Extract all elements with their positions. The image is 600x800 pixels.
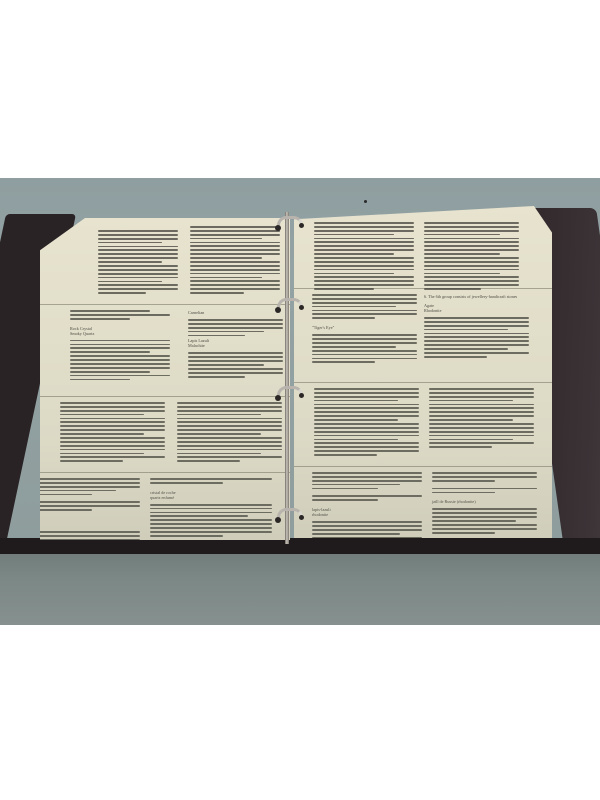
text-line	[40, 539, 140, 540]
text-line	[190, 265, 280, 267]
text-line	[188, 323, 283, 325]
text-line	[424, 325, 529, 327]
text-line	[312, 533, 400, 535]
text-line	[188, 319, 283, 321]
text-line	[424, 284, 519, 286]
text-line	[70, 347, 170, 349]
text-line	[190, 257, 262, 259]
text-line	[429, 435, 534, 437]
text-line	[312, 294, 417, 296]
text-line	[40, 494, 92, 496]
text-line	[432, 520, 516, 522]
text-line	[429, 388, 534, 390]
text-line	[424, 329, 508, 331]
text-line	[190, 230, 280, 232]
text-line	[190, 226, 280, 228]
text-line	[312, 313, 417, 315]
text-line	[424, 356, 487, 358]
text-line	[432, 472, 537, 474]
text-line	[314, 404, 419, 406]
right-page: "Tiger's Eye" 6. The 6th group consists …	[294, 206, 552, 538]
text-line	[314, 392, 419, 394]
text-line	[60, 410, 165, 412]
text-line	[312, 476, 422, 478]
text-line	[60, 414, 144, 416]
text-line	[40, 531, 140, 533]
text-line	[98, 265, 178, 267]
text-line	[177, 433, 261, 435]
text-line	[314, 253, 394, 255]
right-strip1-col1	[314, 222, 414, 292]
text-line	[312, 537, 422, 538]
text-line	[60, 441, 165, 443]
frag: Carnelian	[188, 310, 283, 315]
text-line	[432, 512, 537, 514]
text-line	[312, 342, 417, 344]
text-line	[40, 486, 140, 488]
frag: quartz enfumé	[150, 495, 272, 500]
left-strip-french: malachite jaspe groupe: pierres à taille…	[40, 472, 290, 540]
text-line	[424, 280, 519, 282]
text-line	[60, 421, 165, 423]
frag: jaspe	[40, 522, 140, 527]
text-line	[40, 509, 92, 511]
text-line	[70, 355, 170, 357]
text-line	[70, 344, 170, 346]
text-line	[312, 472, 422, 474]
text-line	[150, 482, 223, 484]
text-line	[70, 371, 150, 373]
left-strip2-col1: Rock Crystal Smoky Quartz	[70, 310, 170, 382]
text-line	[98, 249, 178, 251]
left-strip-russian	[40, 218, 290, 305]
text-line	[314, 276, 414, 278]
text-line	[424, 344, 529, 346]
text-line	[188, 364, 264, 366]
wall-spot	[364, 200, 367, 203]
text-line	[432, 508, 537, 510]
text-line	[429, 423, 534, 425]
text-line	[70, 340, 170, 342]
text-line	[314, 419, 398, 421]
text-line	[190, 242, 280, 244]
text-line	[312, 488, 378, 490]
text-line	[312, 480, 422, 482]
text-line	[314, 222, 414, 224]
right-strip-russian	[294, 206, 552, 289]
text-line	[424, 234, 500, 236]
text-line	[177, 425, 282, 427]
binder-photo: Rock Crystal Smoky Quartz Carnelian Lapi…	[0, 178, 600, 625]
text-line	[424, 265, 519, 267]
text-line	[314, 454, 377, 456]
text-line	[312, 529, 422, 531]
text-line	[177, 414, 261, 416]
text-line	[190, 253, 280, 255]
text-line	[150, 527, 272, 529]
text-line	[40, 490, 116, 492]
text-line	[314, 396, 419, 398]
text-line	[177, 429, 282, 431]
text-line	[70, 359, 170, 361]
text-line	[432, 476, 537, 478]
text-line	[190, 277, 262, 279]
left-strip2-col2: Carnelian Lapis Lazuli Malachite	[188, 310, 283, 380]
text-line	[424, 340, 529, 342]
text-line	[98, 261, 162, 263]
text-line	[314, 265, 414, 267]
text-line	[424, 321, 529, 323]
text-line	[188, 376, 245, 378]
text-line	[424, 352, 529, 354]
text-line	[312, 310, 417, 312]
text-line	[190, 284, 280, 286]
right-strip3-col2	[429, 388, 534, 450]
text-line	[60, 429, 165, 431]
left-page: Rock Crystal Smoky Quartz Carnelian Lapi…	[40, 218, 290, 540]
text-line	[70, 379, 130, 381]
text-line	[312, 346, 396, 348]
text-line	[190, 280, 280, 282]
text-line	[98, 257, 178, 259]
binder-ring-3	[277, 386, 303, 398]
text-line	[40, 535, 140, 537]
text-line	[98, 284, 178, 286]
text-line	[177, 421, 282, 423]
frag: rhodonite	[312, 512, 422, 517]
text-line	[429, 446, 492, 448]
text-line	[429, 439, 513, 441]
text-line	[177, 453, 261, 455]
right-strip3-col1	[314, 388, 419, 458]
text-line	[188, 356, 283, 358]
text-line	[188, 360, 283, 362]
binder-ring-1	[277, 216, 303, 228]
text-line	[432, 528, 537, 530]
text-line	[60, 402, 165, 404]
text-line	[177, 445, 282, 447]
text-line	[98, 273, 178, 275]
text-line	[312, 358, 417, 360]
text-line	[424, 257, 519, 259]
text-line	[314, 415, 419, 417]
text-line	[188, 368, 283, 370]
text-line	[188, 352, 283, 354]
text-line	[424, 276, 519, 278]
text-line	[424, 245, 519, 247]
text-line	[150, 519, 272, 521]
text-line	[424, 253, 500, 255]
text-line	[314, 273, 394, 275]
text-line	[190, 238, 262, 240]
right-strip-english: "Tiger's Eye" 6. The 6th group consists …	[294, 288, 552, 383]
text-line	[177, 418, 282, 420]
text-line	[70, 363, 170, 365]
left-strip1-col2	[190, 226, 280, 296]
text-line	[190, 273, 280, 275]
text-line	[432, 516, 537, 518]
text-line	[177, 456, 282, 458]
text-line	[424, 336, 529, 338]
text-line	[60, 406, 165, 408]
binder-ring-4	[277, 508, 303, 520]
text-line	[424, 348, 508, 350]
text-line	[432, 492, 495, 494]
frag: Smoky Quartz	[70, 331, 170, 336]
text-line	[432, 532, 495, 534]
text-line	[98, 277, 178, 279]
text-line	[70, 375, 170, 377]
text-line	[432, 480, 495, 482]
text-line	[312, 334, 417, 336]
text-line	[98, 234, 178, 236]
text-line	[177, 437, 282, 439]
text-line	[314, 407, 419, 409]
frag: "Tiger's Eye"	[312, 325, 417, 330]
text-line	[424, 238, 519, 240]
text-line	[70, 367, 170, 369]
left-strip4-col1: malachite jaspe groupe: pierres à taille…	[40, 478, 140, 540]
text-line	[314, 241, 414, 243]
text-line	[312, 298, 417, 300]
text-line	[188, 335, 245, 337]
binder-cover-bottom-edge	[0, 538, 600, 554]
frag: 6. The 6th group consists of jewellery-h…	[424, 294, 529, 299]
text-line	[314, 442, 419, 444]
text-line	[314, 431, 419, 433]
text-line	[60, 453, 144, 455]
text-line	[314, 280, 414, 282]
left-strip-english: Rock Crystal Smoky Quartz Carnelian Lapi…	[40, 304, 290, 397]
left-strip3-col1	[60, 402, 165, 464]
text-line	[429, 396, 534, 398]
text-line	[429, 400, 513, 402]
text-line	[60, 433, 144, 435]
text-line	[60, 445, 165, 447]
text-line	[314, 435, 419, 437]
text-line	[188, 331, 264, 333]
text-line	[424, 269, 519, 271]
text-line	[424, 222, 519, 224]
text-line	[177, 460, 240, 462]
text-line	[429, 431, 534, 433]
text-line	[60, 418, 165, 420]
text-line	[429, 415, 534, 417]
text-line	[40, 505, 140, 507]
text-line	[312, 484, 400, 486]
binder-spine-rod	[285, 212, 289, 544]
text-line	[190, 288, 280, 290]
right-strip4-col1: lapis-lazuli rhodonite	[312, 472, 422, 538]
text-line	[314, 230, 414, 232]
text-line	[150, 531, 272, 533]
left-strip3-col2	[177, 402, 282, 464]
text-line	[98, 281, 162, 283]
text-line	[312, 302, 417, 304]
text-line	[314, 427, 419, 429]
text-line	[98, 230, 178, 232]
text-line	[429, 442, 534, 444]
text-line	[98, 242, 162, 244]
text-line	[177, 449, 282, 451]
right-strip2-col2: 6. The 6th group consists of jewellery-h…	[424, 294, 529, 360]
text-line	[429, 407, 534, 409]
text-line	[177, 410, 282, 412]
text-line	[60, 425, 165, 427]
text-line	[60, 460, 123, 462]
text-line	[98, 238, 178, 240]
text-line	[314, 400, 398, 402]
text-line	[312, 317, 375, 319]
text-line	[314, 261, 414, 263]
right-strip-german	[294, 382, 552, 467]
text-line	[432, 488, 537, 490]
text-line	[424, 273, 500, 275]
text-line	[429, 419, 513, 421]
text-line	[314, 411, 419, 413]
binder-ring-2	[277, 298, 303, 310]
text-line	[424, 230, 519, 232]
text-line	[432, 524, 537, 526]
text-line	[312, 495, 422, 497]
text-line	[177, 402, 282, 404]
text-line	[190, 292, 244, 294]
text-line	[312, 338, 417, 340]
text-line	[424, 249, 519, 251]
right-strip1-col2	[424, 222, 519, 292]
text-line	[314, 257, 414, 259]
frag: jaill de Russie (rhodonite)	[432, 499, 537, 504]
text-line	[312, 525, 422, 527]
text-line	[314, 388, 419, 390]
text-line	[40, 482, 140, 484]
text-line	[177, 406, 282, 408]
text-line	[150, 535, 223, 537]
text-line	[314, 245, 414, 247]
text-line	[188, 327, 283, 329]
text-line	[98, 288, 178, 290]
text-line	[190, 234, 280, 236]
text-line	[314, 439, 398, 441]
text-line	[314, 450, 419, 452]
text-line	[98, 253, 178, 255]
text-line	[312, 354, 417, 356]
text-line	[312, 499, 378, 501]
text-line	[314, 423, 419, 425]
text-line	[98, 246, 178, 248]
text-line	[190, 249, 280, 251]
left-strip-german	[40, 396, 290, 473]
text-line	[314, 446, 419, 448]
left-strip4-col2: cristal de roche quartz enfumé turquoise	[150, 478, 272, 540]
text-line	[60, 456, 165, 458]
text-line	[429, 411, 534, 413]
text-line	[424, 226, 519, 228]
text-line	[424, 241, 519, 243]
text-line	[429, 404, 534, 406]
text-line	[150, 523, 272, 525]
text-line	[190, 261, 280, 263]
text-line	[429, 427, 534, 429]
text-line	[312, 521, 422, 523]
text-line	[314, 249, 414, 251]
text-line	[150, 504, 272, 506]
frag: Rhodonite	[424, 308, 529, 313]
text-line	[150, 508, 272, 510]
text-line	[314, 284, 414, 286]
text-line	[150, 512, 272, 514]
text-line	[429, 392, 534, 394]
text-line	[150, 478, 272, 480]
right-strip2-col1: "Tiger's Eye"	[312, 294, 417, 365]
left-strip1-col1	[98, 230, 178, 296]
text-line	[424, 261, 519, 263]
text-line	[424, 333, 529, 335]
text-line	[312, 306, 396, 308]
text-line	[190, 269, 280, 271]
text-line	[314, 234, 394, 236]
text-line	[314, 238, 414, 240]
text-line	[424, 317, 529, 319]
text-line	[188, 372, 283, 374]
text-line	[40, 501, 140, 503]
text-line	[98, 292, 146, 294]
text-line	[60, 437, 165, 439]
text-line	[190, 245, 280, 247]
text-line	[312, 361, 375, 363]
text-line	[312, 350, 417, 352]
right-strip-french: lapis-lazuli rhodonite jaill de Russie (…	[294, 466, 552, 538]
text-line	[177, 441, 282, 443]
text-line	[314, 269, 414, 271]
frag: Malachite	[188, 343, 283, 348]
text-line	[150, 515, 248, 517]
table-surface	[0, 548, 600, 625]
text-line	[70, 351, 150, 353]
text-line	[314, 226, 414, 228]
text-line	[98, 269, 178, 271]
right-strip4-col2: jaill de Russie (rhodonite)	[432, 472, 537, 538]
text-line	[60, 449, 165, 451]
text-line	[40, 478, 140, 480]
